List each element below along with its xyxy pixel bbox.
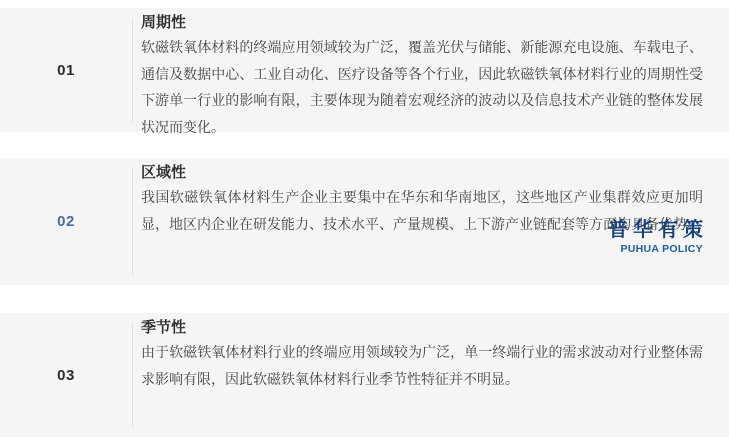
feature-card-seasonality: 03 季节性 由于软磁铁氧体材料行业的终端应用领域较为广泛，单一终端行业的需求波…	[0, 313, 729, 437]
vertical-divider	[132, 168, 133, 276]
card-number: 01	[0, 8, 132, 132]
card-content: 周期性 软磁铁氧体材料的终端应用领域较为广泛，覆盖光伏与储能、新能源充电设施、车…	[141, 8, 729, 140]
card-title: 季节性	[141, 317, 703, 339]
card-number: 02	[0, 158, 132, 285]
vertical-divider	[132, 18, 133, 123]
card-title: 区域性	[141, 162, 703, 184]
feature-card-regionality: 02 区域性 我国软磁铁氧体材料生产企业主要集中在华东和华南地区，这些地区产业集…	[0, 158, 729, 285]
report-page: 01 周期性 软磁铁氧体材料的终端应用领域较为广泛，覆盖光伏与储能、新能源充电设…	[0, 0, 729, 441]
card-content: 区域性 我国软磁铁氧体材料生产企业主要集中在华东和华南地区，这些地区产业集群效应…	[141, 158, 729, 237]
card-content: 季节性 由于软磁铁氧体材料行业的终端应用领域较为广泛，单一终端行业的需求波动对行…	[141, 313, 729, 392]
card-number: 03	[0, 313, 132, 437]
card-title: 周期性	[141, 12, 703, 34]
vertical-divider	[132, 323, 133, 428]
feature-card-cyclicality: 01 周期性 软磁铁氧体材料的终端应用领域较为广泛，覆盖光伏与储能、新能源充电设…	[0, 8, 729, 132]
card-body-text: 我国软磁铁氧体材料生产企业主要集中在华东和华南地区，这些地区产业集群效应更加明显…	[141, 184, 703, 237]
card-body-text: 由于软磁铁氧体材料行业的终端应用领域较为广泛，单一终端行业的需求波动对行业整体需…	[141, 339, 703, 392]
card-body-text: 软磁铁氧体材料的终端应用领域较为广泛，覆盖光伏与储能、新能源充电设施、车载电子、…	[141, 34, 703, 140]
